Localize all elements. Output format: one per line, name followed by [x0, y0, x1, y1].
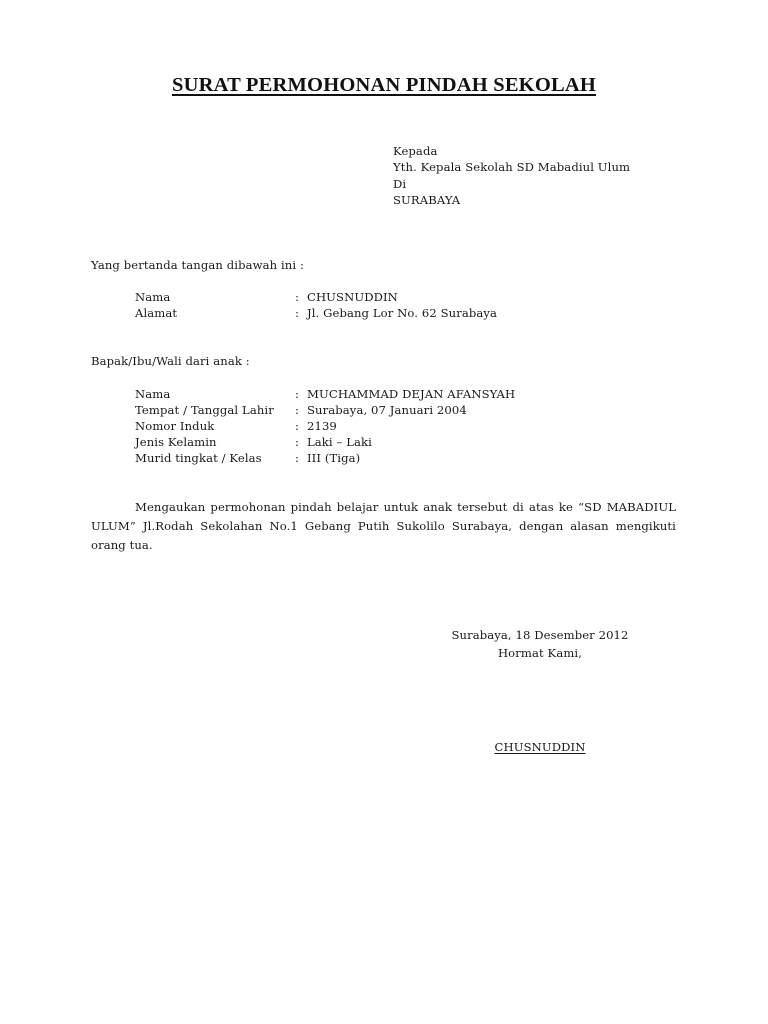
field-separator: :	[295, 402, 299, 418]
recipient-block: Kepada Yth. Kepala Sekolah SD Mabadiul U…	[393, 143, 630, 208]
field-separator: :	[295, 418, 299, 434]
field-separator: :	[295, 289, 299, 305]
child-intro: Bapak/Ibu/Wali dari anak :	[91, 353, 250, 369]
field-separator: :	[295, 450, 299, 466]
recipient-line-kepada: Kepada	[393, 143, 630, 159]
field-label: Nama	[135, 386, 170, 402]
closing-greeting: Hormat Kami,	[430, 645, 650, 661]
recipient-line-di: Di	[393, 176, 630, 192]
field-label: Nama	[135, 289, 170, 305]
field-label: Jenis Kelamin	[135, 434, 217, 450]
field-separator: :	[295, 386, 299, 402]
field-value: 2139	[307, 418, 337, 434]
field-value: MUCHAMMAD DEJAN AFANSYAH	[307, 386, 515, 402]
signer-intro: Yang bertanda tangan dibawah ini :	[91, 257, 304, 273]
field-value: Jl. Gebang Lor No. 62 Surabaya	[307, 305, 497, 321]
field-separator: :	[295, 434, 299, 450]
recipient-line-city: SURABAYA	[393, 192, 630, 208]
field-value: Surabaya, 07 Januari 2004	[307, 402, 467, 418]
field-label: Tempat / Tanggal Lahir	[135, 402, 274, 418]
request-paragraph: Mengaukan permohonan pindah belajar untu…	[91, 498, 676, 555]
field-label: Nomor Induk	[135, 418, 214, 434]
closing-place-date: Surabaya, 18 Desember 2012	[430, 627, 650, 643]
field-label: Murid tingkat / Kelas	[135, 450, 262, 466]
field-value: CHUSNUDDIN	[307, 289, 398, 305]
field-value: Laki – Laki	[307, 434, 372, 450]
letter-page: SURAT PERMOHONAN PINDAH SEKOLAH Kepada Y…	[0, 0, 768, 1024]
field-separator: :	[295, 305, 299, 321]
recipient-line-addressee: Yth. Kepala Sekolah SD Mabadiul Ulum	[393, 159, 630, 175]
field-value: III (Tiga)	[307, 450, 360, 466]
signature-name: CHUSNUDDIN	[430, 739, 650, 755]
letter-title: SURAT PERMOHONAN PINDAH SEKOLAH	[0, 72, 768, 98]
field-label: Alamat	[135, 305, 177, 321]
